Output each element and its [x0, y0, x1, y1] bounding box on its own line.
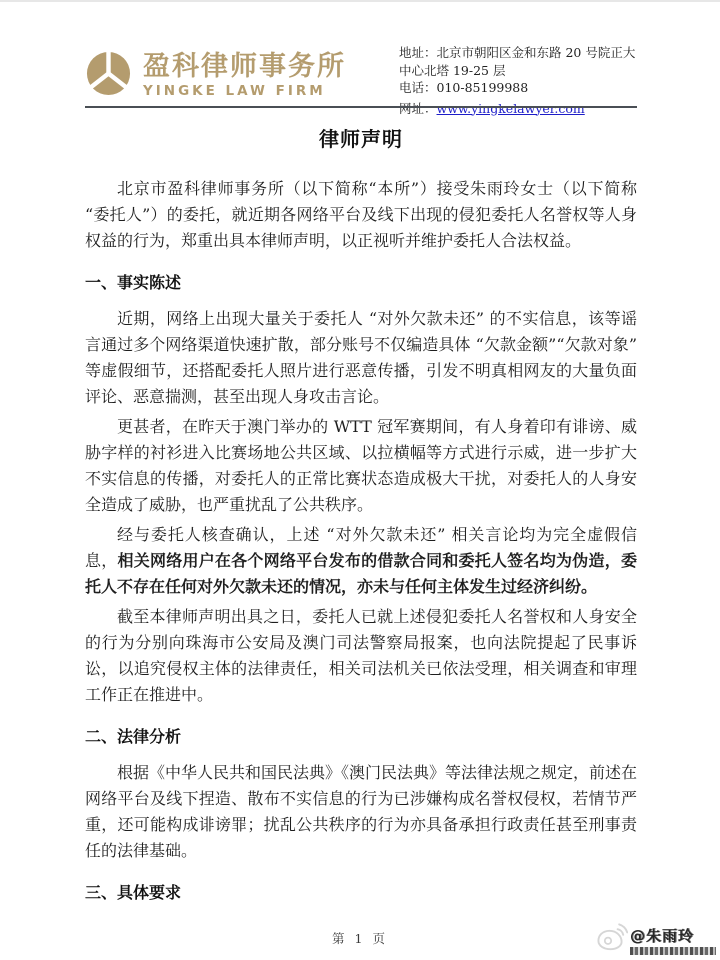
weibo-eye-icon	[596, 922, 628, 958]
section1-paragraph-4: 截至本律师声明出具之日，委托人已就上述侵犯委托人名誉权和人身安全的行为分别向珠海…	[85, 604, 637, 708]
firm-logo: 盈科律师事务所 YINGKE LAW FIRM	[85, 50, 346, 101]
document-page: 盈科律师事务所 YINGKE LAW FIRM 地址：北京市朝阳区金和东路 20…	[0, 0, 720, 960]
header-divider	[85, 106, 637, 108]
section1-heading: 一、事实陈述	[85, 272, 637, 294]
statement-title: 律师声明	[85, 126, 637, 152]
watermark-mosaic	[630, 947, 716, 955]
page-top-edge	[0, 0, 720, 2]
section3-heading: 三、具体要求	[85, 882, 637, 904]
yingke-circle-y-icon	[85, 50, 132, 101]
firm-name: 盈科律师事务所 YINGKE LAW FIRM	[143, 53, 346, 99]
firm-name-en: YINGKE LAW FIRM	[143, 85, 346, 99]
contact-phone: 电话：010-85199988	[399, 79, 637, 97]
watermark-text-block: @朱雨玲	[630, 925, 716, 955]
section1-paragraph-1: 近期，网络上出现大量关于委托人 “对外欠款未还” 的不实信息，该等谣言通过多个网…	[85, 306, 637, 410]
section2-paragraph-1: 根据《中华人民共和国民法典》《澳门民法典》等法律法规之规定，前述在网络平台及线下…	[85, 760, 637, 864]
section1-paragraph-2: 更甚者，在昨天于澳门举办的 WTT 冠军赛期间，有人身着印有诽谤、威胁字样的衬衫…	[85, 414, 637, 518]
firm-name-cn: 盈科律师事务所	[143, 53, 346, 80]
website-link[interactable]: www.yingkelawyer.com	[437, 101, 585, 116]
section1-paragraph-3: 经与委托人核查确认，上述 “对外欠款未还” 相关言论均为完全虚假信息，相关网络用…	[85, 522, 637, 600]
intro-paragraph: 北京市盈科律师事务所（以下简称“本所”）接受朱雨玲女士（以下简称“委托人”）的委…	[85, 176, 637, 254]
section1-paragraph-3-bold: 相关网络用户在各个网络平台发布的借款合同和委托人签名均为伪造，委托人不存在任何对…	[85, 551, 637, 596]
contact-website: 网址：www.yingkelawyer.com	[399, 100, 637, 118]
watermark-handle: @朱雨玲	[630, 925, 716, 946]
website-label: 网址：	[399, 101, 437, 116]
weibo-watermark: @朱雨玲	[596, 922, 716, 958]
section2-heading: 二、法律分析	[85, 726, 637, 748]
statement-body: 律师声明 北京市盈科律师事务所（以下简称“本所”）接受朱雨玲女士（以下简称“委托…	[85, 126, 637, 916]
contact-address: 地址：北京市朝阳区金和东路 20 号院正大中心北塔 19-25 层	[399, 44, 637, 79]
